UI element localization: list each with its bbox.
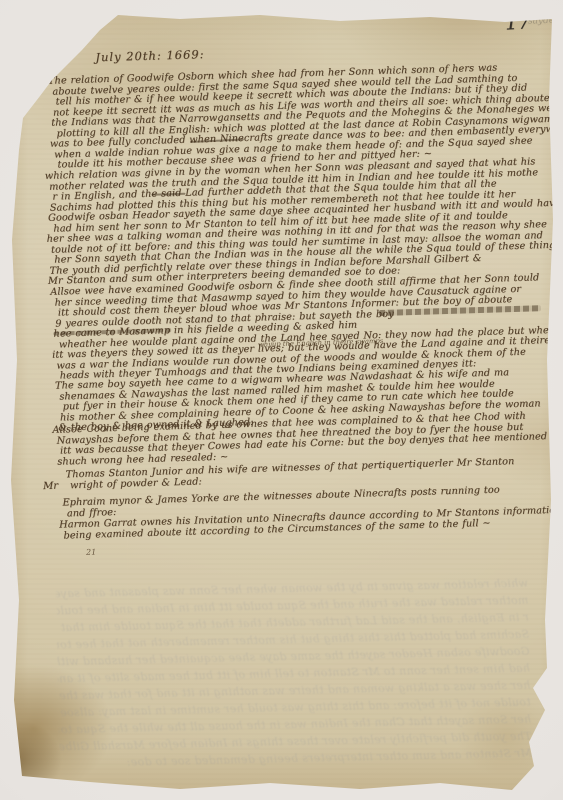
- page-bottom-number: 21: [86, 548, 96, 557]
- paragraph-examined-osborn: Allsoe wee have examined Goodwife osborn…: [50, 273, 556, 383]
- photo-stage: 17 saydere July 20th: 1669: The relation…: [0, 0, 563, 800]
- margin-note-mr: Mr: [43, 481, 58, 492]
- manuscript-photo: { "document": { "folio_number": "17", "p…: [0, 0, 563, 800]
- paragraph-relation-osborn: The relation of Goodwife Osborn which sh…: [48, 61, 563, 172]
- verso-bleed-through: which relation was givne in by the woman…: [56, 575, 532, 776]
- paragraph-relation-given: which relation was givne in by the woman…: [45, 157, 563, 288]
- manuscript-page: 17 saydere July 20th: 1669: The relation…: [0, 0, 563, 800]
- date-heading: July 20th: 1669:: [95, 47, 205, 64]
